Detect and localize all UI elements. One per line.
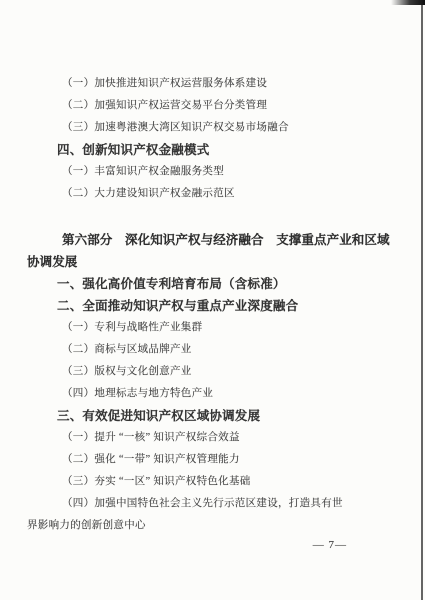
- toc-numbered-item: 一、强化高价值专利培育布局（含标准）: [27, 273, 375, 295]
- section-heading-line: 协调发展: [27, 251, 375, 273]
- toc-sub-item: （三）加速粤港澳大湾区知识产权交易市场融合: [27, 117, 375, 139]
- toc-numbered-item: 二、全面推动知识产权与重点产业深度融合: [27, 295, 375, 317]
- toc-sub-item: （三）夯实 “一区” 知识产权特色化基础: [27, 471, 375, 493]
- section-heading-line: 第六部分 深化知识产权与经济融合 支撑重点产业和区域: [27, 229, 375, 251]
- toc-numbered-item: 三、有效促进知识产权区域协调发展: [27, 405, 375, 427]
- page-number: — 7—: [313, 538, 347, 552]
- toc-sub-item: （一）加快推进知识产权运营服务体系建设: [27, 73, 375, 95]
- toc-sub-item: （二）强化 “一带” 知识产权管理能力: [27, 449, 375, 471]
- document-text-block: （一）加快推进知识产权运营服务体系建设 （二）加强知识产权运营交易平台分类管理 …: [27, 73, 375, 537]
- toc-sub-item: （一）专利与战略性产业集群: [27, 317, 375, 339]
- toc-sub-item-continuation: 界影响力的创新创意中心: [27, 515, 375, 537]
- toc-sub-item: （二）商标与区域品牌产业: [27, 339, 375, 361]
- scanned-document-page: （一）加快推进知识产权运营服务体系建设 （二）加强知识产权运营交易平台分类管理 …: [0, 0, 425, 600]
- toc-sub-item: （一）丰富知识产权金融服务类型: [27, 161, 375, 183]
- toc-sub-item: （一）提升 “一核” 知识产权综合效益: [27, 427, 375, 449]
- toc-sub-item: （二）大力建设知识产权金融示范区: [27, 183, 375, 205]
- toc-numbered-item: 四、创新知识产权金融模式: [27, 139, 375, 161]
- scan-corner-smudge: [391, 0, 425, 5]
- toc-sub-item: （四）地理标志与地方特色产业: [27, 383, 375, 405]
- toc-sub-item: （二）加强知识产权运营交易平台分类管理: [27, 95, 375, 117]
- scan-edge-line: [421, 3, 423, 600]
- toc-sub-item: （三）版权与文化创意产业: [27, 361, 375, 383]
- toc-sub-item: （四）加强中国特色社会主义先行示范区建设，打造具有世: [27, 493, 375, 515]
